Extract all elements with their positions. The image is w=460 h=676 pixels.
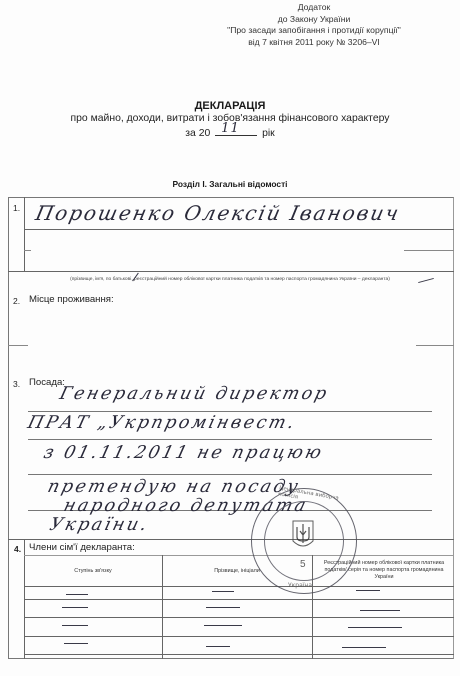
appendix-line: Додаток xyxy=(214,2,414,14)
item-2-number: 2. xyxy=(13,296,20,306)
year-prefix: за 20 xyxy=(185,128,210,139)
table-cell-dash xyxy=(204,625,242,626)
handwritten-year: 11 xyxy=(221,121,240,136)
handwritten-position-line: України. xyxy=(48,515,152,535)
stamp-bottom-text: Україна xyxy=(288,582,312,589)
appendix-line: від 7 квітня 2011 року № 3206–VI xyxy=(214,37,414,49)
handwritten-position-line: з 01.11.2011 не працюю xyxy=(42,443,326,463)
divider xyxy=(404,250,454,251)
table-cell-dash xyxy=(64,643,88,644)
appendix-note: Додаток до Закону України "Про засади за… xyxy=(214,2,414,48)
divider xyxy=(28,411,432,412)
divider xyxy=(8,271,454,272)
handwritten-position-line: Генеральний директор xyxy=(58,384,331,404)
appendix-line: до Закону України xyxy=(214,14,414,26)
table-cell-dash xyxy=(62,625,88,626)
trident-icon xyxy=(291,519,315,551)
table-cell-dash xyxy=(356,590,380,591)
stamp-number: 5 xyxy=(300,559,306,570)
divider xyxy=(28,439,432,440)
table-cell-dash xyxy=(206,607,240,608)
divider xyxy=(28,474,432,475)
column-header-relation: Ступінь зв'язку xyxy=(24,568,162,575)
handwritten-position-line: претендую на посаду xyxy=(46,477,303,497)
item-3-number: 3. xyxy=(13,379,20,389)
item-3-label: Посада: xyxy=(29,377,65,388)
table-row-divider xyxy=(24,586,454,587)
table-row-divider xyxy=(24,654,454,655)
declaration-year: за 20 11 рік xyxy=(0,126,460,139)
section-title: Розділ І. Загальні відомості xyxy=(0,179,460,189)
item-1-footnote: (прізвище, ім'я, по батькові, реєстрацій… xyxy=(0,277,460,282)
table-row-divider xyxy=(24,636,454,637)
item-2-label: Місце проживання: xyxy=(29,294,114,305)
item-1-number: 1. xyxy=(13,203,20,213)
table-cell-dash xyxy=(348,627,402,628)
table-border xyxy=(24,555,454,556)
table-cell-dash xyxy=(342,647,386,648)
table-cell-dash xyxy=(206,646,230,647)
divider xyxy=(8,539,454,540)
divider xyxy=(24,250,31,251)
divider xyxy=(416,345,454,346)
table-row-divider xyxy=(24,617,454,618)
handwritten-name: Порошенко Олексій Іванович xyxy=(33,201,402,225)
appendix-line: "Про засади запобігання і протидії коруп… xyxy=(214,25,414,37)
item-4-label: Члени сім'ї декларанта: xyxy=(29,542,135,553)
item-4-number: 4. xyxy=(14,544,21,554)
divider xyxy=(24,229,454,230)
table-cell-dash xyxy=(212,591,234,592)
document-title: ДЕКЛАРАЦІЯ xyxy=(0,100,460,112)
divider xyxy=(8,345,28,346)
divider xyxy=(24,197,25,271)
table-cell-dash xyxy=(62,607,88,608)
year-blank: 11 xyxy=(215,126,257,136)
handwritten-position-line: ПРАТ „Укрпромінвест. xyxy=(26,413,299,433)
table-cell-dash xyxy=(66,594,88,595)
table-row-divider xyxy=(24,599,454,600)
official-stamp: Центральна виборча комісія Україна 5 xyxy=(251,488,357,594)
year-suffix: рік xyxy=(262,128,275,139)
table-cell-dash xyxy=(360,610,400,611)
